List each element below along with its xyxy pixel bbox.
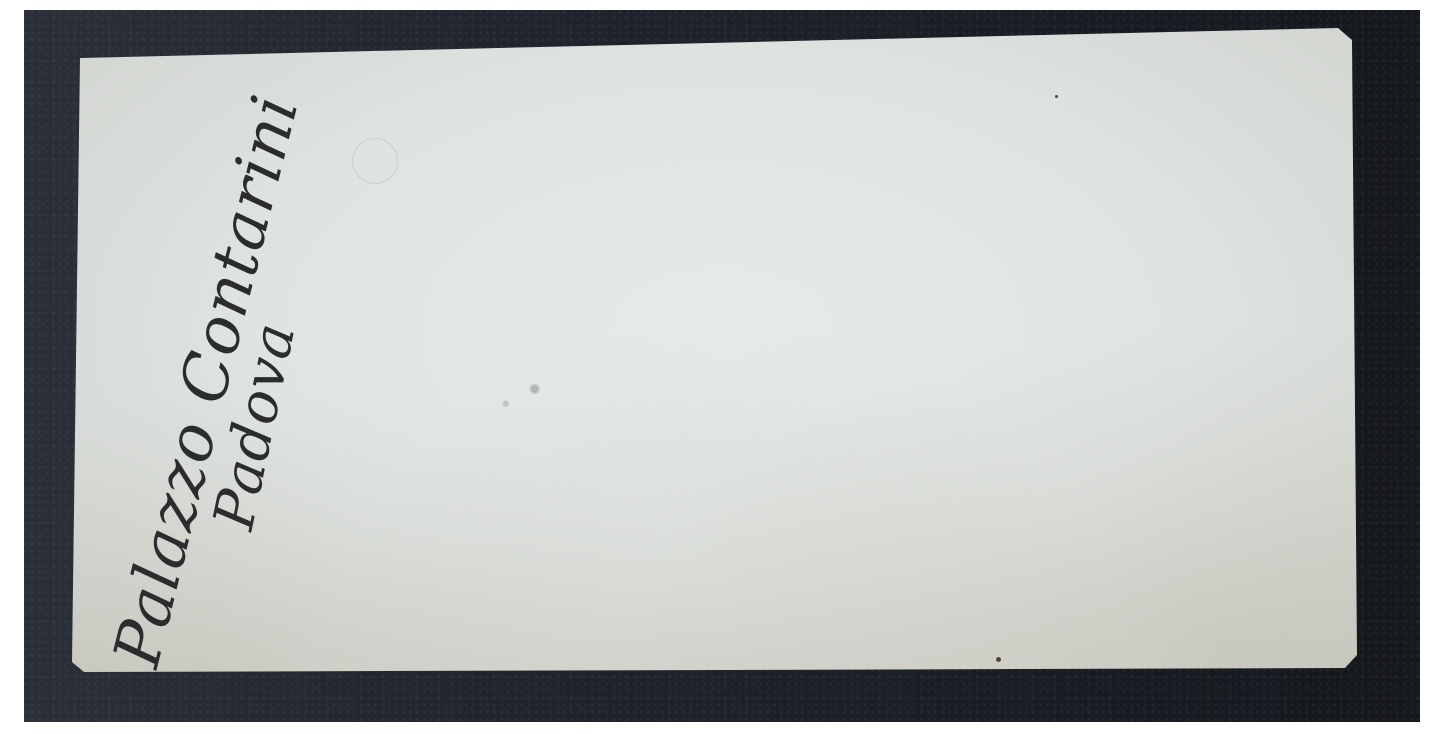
dust-speck	[996, 657, 1001, 662]
faint-embossed-stamp	[352, 138, 398, 184]
dust-speck	[1055, 95, 1058, 98]
